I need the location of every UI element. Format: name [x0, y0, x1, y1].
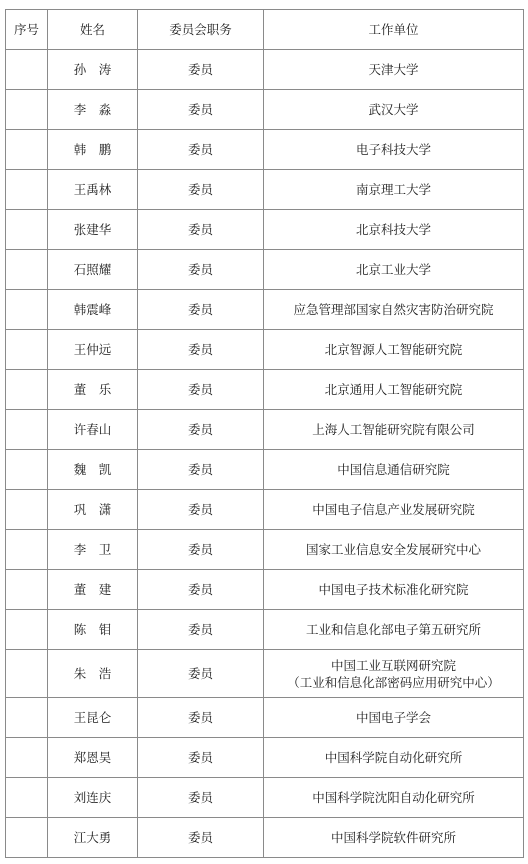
cell-index [6, 570, 48, 610]
organization-line: 中国工业互联网研究院 [264, 657, 523, 674]
table-row: 李 卫委员国家工业信息安全发展研究中心 [6, 530, 524, 570]
organization-line: 北京智源人工智能研究院 [264, 341, 523, 358]
cell-organization: 武汉大学 [264, 90, 524, 130]
cell-organization: 国家工业信息安全发展研究中心 [264, 530, 524, 570]
organization-line: 国家工业信息安全发展研究中心 [264, 541, 523, 558]
cell-role: 委员 [138, 210, 264, 250]
table-row: 韩 鹏委员电子科技大学 [6, 130, 524, 170]
organization-line: 中国科学院软件研究所 [264, 829, 523, 846]
cell-name: 王昆仑 [48, 698, 138, 738]
cell-role: 委员 [138, 290, 264, 330]
cell-index [6, 490, 48, 530]
cell-index [6, 530, 48, 570]
cell-name: 董 建 [48, 570, 138, 610]
cell-role: 委员 [138, 818, 264, 858]
cell-name: 李 卫 [48, 530, 138, 570]
cell-name: 张建华 [48, 210, 138, 250]
cell-organization: 中国科学院沈阳自动化研究所 [264, 778, 524, 818]
cell-organization: 南京理工大学 [264, 170, 524, 210]
cell-role: 委员 [138, 90, 264, 130]
table-row: 董 建委员中国电子技术标准化研究院 [6, 570, 524, 610]
cell-role: 委员 [138, 50, 264, 90]
cell-name: 许春山 [48, 410, 138, 450]
organization-line: 中国科学院沈阳自动化研究所 [264, 789, 523, 806]
cell-role: 委员 [138, 450, 264, 490]
cell-index [6, 90, 48, 130]
header-name: 姓名 [48, 10, 138, 50]
organization-line: 中国科学院自动化研究所 [264, 749, 523, 766]
cell-organization: 应急管理部国家自然灾害防治研究院 [264, 290, 524, 330]
cell-role: 委员 [138, 410, 264, 450]
cell-index [6, 450, 48, 490]
cell-organization: 中国电子学会 [264, 698, 524, 738]
table-row: 陈 钼委员工业和信息化部电子第五研究所 [6, 610, 524, 650]
organization-line: 天津大学 [264, 61, 523, 78]
table-row: 张建华委员北京科技大学 [6, 210, 524, 250]
organization-line: （工业和信息化部密码应用研究中心） [264, 674, 523, 691]
organization-line: 上海人工智能研究院有限公司 [264, 421, 523, 438]
table-row: 郑恩昊委员中国科学院自动化研究所 [6, 738, 524, 778]
cell-role: 委员 [138, 330, 264, 370]
cell-name: 刘连庆 [48, 778, 138, 818]
table-row: 魏 凯委员中国信息通信研究院 [6, 450, 524, 490]
cell-organization: 工业和信息化部电子第五研究所 [264, 610, 524, 650]
cell-role: 委员 [138, 530, 264, 570]
cell-name: 王仲远 [48, 330, 138, 370]
cell-organization: 中国工业互联网研究院（工业和信息化部密码应用研究中心） [264, 650, 524, 698]
cell-name: 韩震峰 [48, 290, 138, 330]
cell-role: 委员 [138, 778, 264, 818]
cell-role: 委员 [138, 698, 264, 738]
cell-name: 朱 浩 [48, 650, 138, 698]
header-role: 委员会职务 [138, 10, 264, 50]
cell-organization: 中国科学院自动化研究所 [264, 738, 524, 778]
organization-line: 应急管理部国家自然灾害防治研究院 [264, 301, 523, 318]
table-row: 李 淼委员武汉大学 [6, 90, 524, 130]
cell-role: 委员 [138, 370, 264, 410]
cell-index [6, 290, 48, 330]
cell-index [6, 650, 48, 698]
cell-name: 李 淼 [48, 90, 138, 130]
cell-organization: 中国科学院软件研究所 [264, 818, 524, 858]
cell-index [6, 170, 48, 210]
header-index: 序号 [6, 10, 48, 50]
cell-index [6, 818, 48, 858]
table-row: 王禹林委员南京理工大学 [6, 170, 524, 210]
cell-organization: 北京智源人工智能研究院 [264, 330, 524, 370]
table-row: 孙 涛委员天津大学 [6, 50, 524, 90]
cell-role: 委员 [138, 490, 264, 530]
organization-line: 北京科技大学 [264, 221, 523, 238]
cell-index [6, 410, 48, 450]
cell-index [6, 50, 48, 90]
table-row: 江大勇委员中国科学院软件研究所 [6, 818, 524, 858]
table-row: 韩震峰委员应急管理部国家自然灾害防治研究院 [6, 290, 524, 330]
cell-role: 委员 [138, 250, 264, 290]
organization-line: 中国电子学会 [264, 709, 523, 726]
cell-organization: 北京工业大学 [264, 250, 524, 290]
cell-name: 韩 鹏 [48, 130, 138, 170]
cell-name: 石照耀 [48, 250, 138, 290]
organization-line: 中国电子技术标准化研究院 [264, 581, 523, 598]
cell-organization: 中国电子信息产业发展研究院 [264, 490, 524, 530]
cell-organization: 上海人工智能研究院有限公司 [264, 410, 524, 450]
cell-index [6, 370, 48, 410]
table-row: 巩 潇委员中国电子信息产业发展研究院 [6, 490, 524, 530]
organization-line: 北京通用人工智能研究院 [264, 381, 523, 398]
table-row: 王昆仑委员中国电子学会 [6, 698, 524, 738]
cell-name: 孙 涛 [48, 50, 138, 90]
cell-role: 委员 [138, 650, 264, 698]
cell-index [6, 250, 48, 290]
table-row: 朱 浩委员中国工业互联网研究院（工业和信息化部密码应用研究中心） [6, 650, 524, 698]
cell-index [6, 210, 48, 250]
cell-index [6, 130, 48, 170]
cell-role: 委员 [138, 570, 264, 610]
cell-name: 陈 钼 [48, 610, 138, 650]
table-row: 王仲远委员北京智源人工智能研究院 [6, 330, 524, 370]
cell-index [6, 610, 48, 650]
organization-line: 南京理工大学 [264, 181, 523, 198]
cell-name: 巩 潇 [48, 490, 138, 530]
cell-index [6, 778, 48, 818]
cell-name: 董 乐 [48, 370, 138, 410]
cell-index [6, 330, 48, 370]
cell-organization: 中国电子技术标准化研究院 [264, 570, 524, 610]
table-row: 许春山委员上海人工智能研究院有限公司 [6, 410, 524, 450]
cell-role: 委员 [138, 130, 264, 170]
organization-line: 北京工业大学 [264, 261, 523, 278]
cell-organization: 北京科技大学 [264, 210, 524, 250]
cell-index [6, 698, 48, 738]
cell-organization: 北京通用人工智能研究院 [264, 370, 524, 410]
table-row: 董 乐委员北京通用人工智能研究院 [6, 370, 524, 410]
header-organization: 工作单位 [264, 10, 524, 50]
cell-organization: 中国信息通信研究院 [264, 450, 524, 490]
table-row: 刘连庆委员中国科学院沈阳自动化研究所 [6, 778, 524, 818]
cell-name: 郑恩昊 [48, 738, 138, 778]
cell-role: 委员 [138, 610, 264, 650]
cell-organization: 天津大学 [264, 50, 524, 90]
cell-index [6, 738, 48, 778]
table-body: 孙 涛委员天津大学李 淼委员武汉大学韩 鹏委员电子科技大学王禹林委员南京理工大学… [6, 50, 524, 858]
cell-name: 江大勇 [48, 818, 138, 858]
organization-line: 中国电子信息产业发展研究院 [264, 501, 523, 518]
table-header-row: 序号 姓名 委员会职务 工作单位 [6, 10, 524, 50]
cell-organization: 电子科技大学 [264, 130, 524, 170]
organization-line: 电子科技大学 [264, 141, 523, 158]
committee-roster-table: 序号 姓名 委员会职务 工作单位 孙 涛委员天津大学李 淼委员武汉大学韩 鹏委员… [5, 9, 524, 858]
cell-role: 委员 [138, 738, 264, 778]
cell-name: 魏 凯 [48, 450, 138, 490]
cell-role: 委员 [138, 170, 264, 210]
organization-line: 工业和信息化部电子第五研究所 [264, 621, 523, 638]
cell-name: 王禹林 [48, 170, 138, 210]
organization-line: 武汉大学 [264, 101, 523, 118]
table-row: 石照耀委员北京工业大学 [6, 250, 524, 290]
organization-line: 中国信息通信研究院 [264, 461, 523, 478]
